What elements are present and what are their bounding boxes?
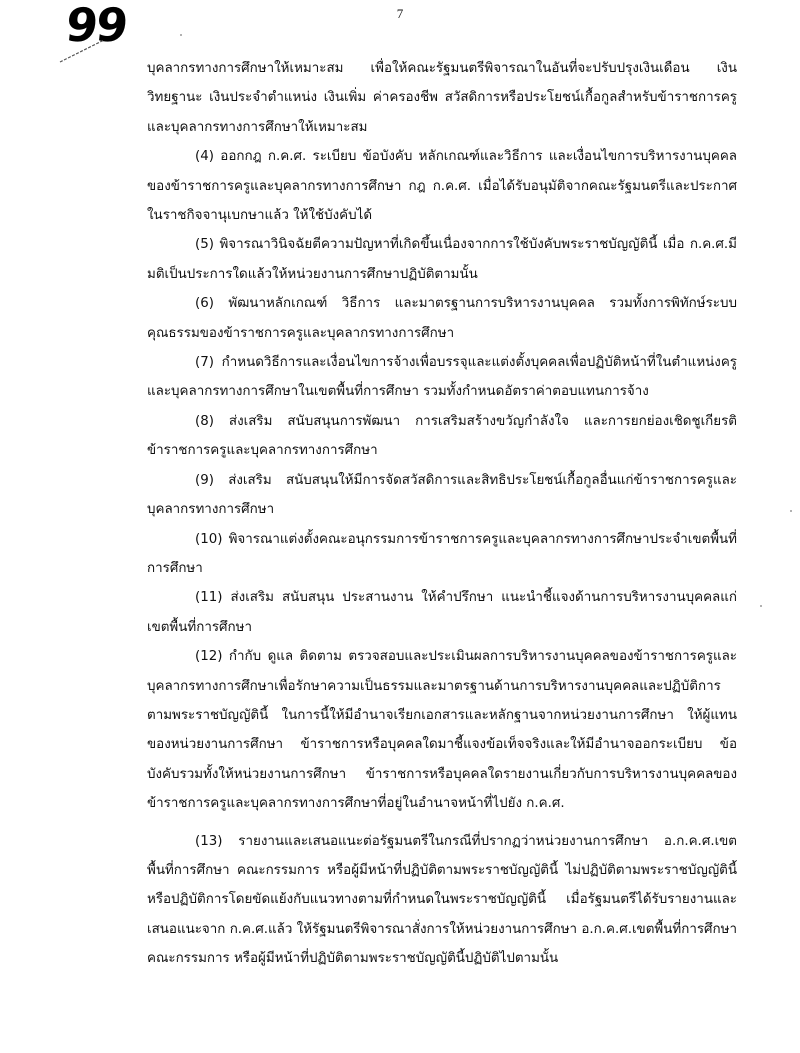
scan-artifact [790, 510, 792, 512]
paragraph-item-6: (6) พัฒนาหลักเกณฑ์ วิธีการ และมาตรฐานการ… [147, 289, 737, 348]
paragraph-item-13: (13) รายงานและเสนอแนะต่อรัฐมนตรีในกรณีที… [147, 827, 737, 974]
scan-artifact [760, 605, 762, 607]
paragraph-item-12: (12) กำกับ ดูแล ติดตาม ตรวจสอบและประเมิน… [147, 642, 737, 818]
pen-stroke-icon [58, 38, 108, 64]
paragraph-continuation: บุคลากรทางการศึกษาให้เหมาะสม เพื่อให้คณะ… [147, 54, 737, 142]
paragraph-item-7: (7) กำหนดวิธีการและเงื่อนไขการจ้างเพื่อบ… [147, 348, 737, 407]
document-body: บุคลากรทางการศึกษาให้เหมาะสม เพื่อให้คณะ… [147, 54, 737, 974]
paragraph-item-8: (8) ส่งเสริม สนับสนุนการพัฒนา การเสริมสร… [147, 407, 737, 466]
scan-artifact [180, 34, 182, 36]
page-number: 7 [0, 6, 800, 22]
paragraph-item-10: (10) พิจารณาแต่งตั้งคณะอนุกรรมการข้าราชก… [147, 525, 737, 584]
paragraph-item-11: (11) ส่งเสริม สนับสนุน ประสานงาน ให้คำปร… [147, 583, 737, 642]
paragraph-item-9: (9) ส่งเสริม สนับสนุนให้มีการจัดสวัสดิกา… [147, 466, 737, 525]
paragraph-item-5: (5) พิจารณาวินิจฉัยตีความปัญหาที่เกิดขึ้… [147, 230, 737, 289]
paragraph-item-4: (4) ออกกฎ ก.ค.ศ. ระเบียบ ข้อบังคับ หลักเ… [147, 142, 737, 230]
